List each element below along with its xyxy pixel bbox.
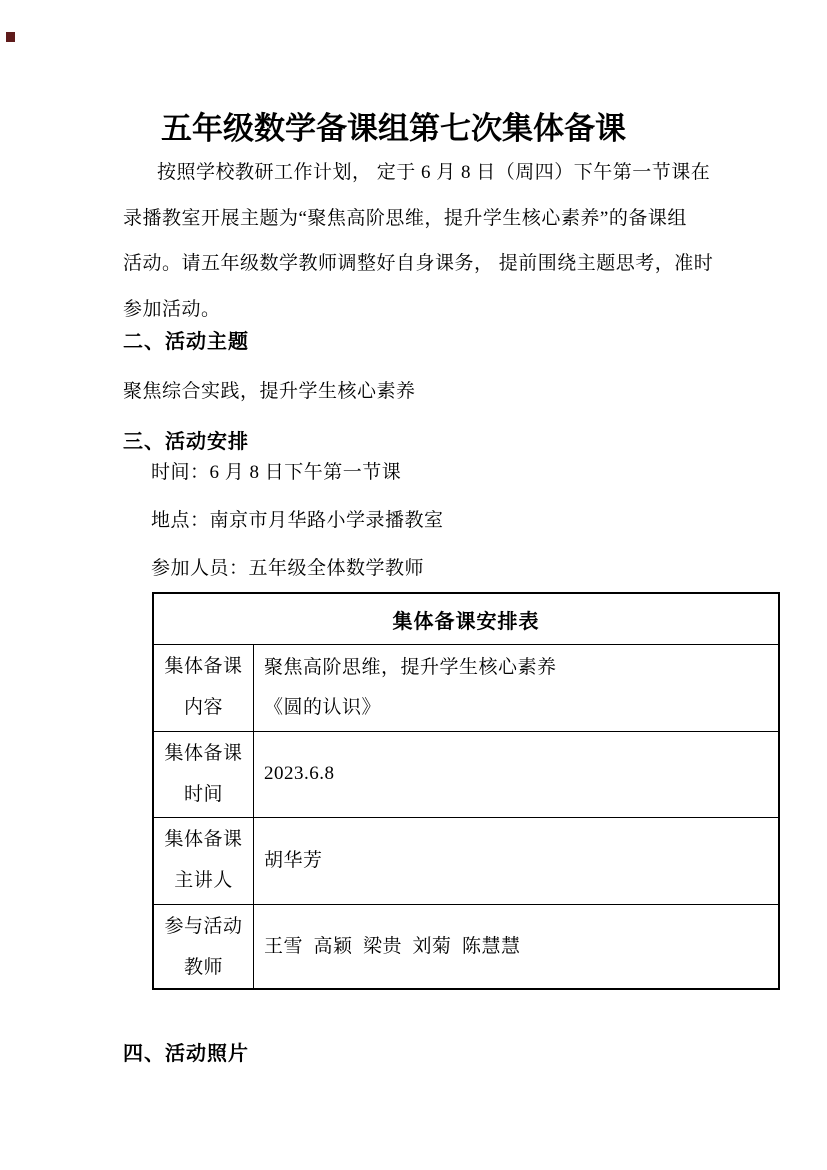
table-row-value: 2023.6.8 (254, 732, 778, 818)
schedule-item-place: 地点：南京市月华路小学录播教室 (151, 509, 444, 533)
label-line: 集体备课 (164, 828, 242, 852)
label-line: 集体备课 (164, 742, 242, 766)
red-mark (6, 32, 15, 42)
label-line: 集体备课 (164, 655, 242, 679)
table-row: 集体备课 内容 聚焦高阶思维，提升学生核心素养 《圆的认识》 (154, 644, 778, 731)
table-row-label: 集体备课 主讲人 (154, 818, 254, 904)
value-line: 聚焦高阶思维，提升学生核心素养 (264, 656, 778, 680)
table-row-value: 聚焦高阶思维，提升学生核心素养 《圆的认识》 (254, 645, 778, 731)
table-row: 参与活动 教师 王雪 高颖 梁贵 刘菊 陈慧慧 (154, 904, 778, 991)
value-line: 《圆的认识》 (264, 696, 778, 720)
table-row-value: 王雪 高颖 梁贵 刘菊 陈慧慧 (254, 905, 778, 991)
intro-line: 录播教室开展主题为“聚焦高阶思维，提升学生核心素养”的备课组 (123, 207, 687, 231)
label-line: 内容 (184, 696, 223, 720)
label-line: 参与活动 (164, 915, 242, 939)
intro-line: 活动。请五年级数学教师调整好自身课务， 提前围绕主题思考，准时 (123, 252, 713, 276)
table-row: 集体备课 时间 2023.6.8 (154, 731, 778, 818)
section-heading-theme: 二、活动主题 (123, 330, 249, 354)
label-line: 教师 (184, 956, 223, 980)
schedule-table: 集体备课安排表 集体备课 内容 聚焦高阶思维，提升学生核心素养 《圆的认识》 集… (152, 592, 780, 990)
label-line: 主讲人 (174, 869, 233, 893)
intro-line: 按照学校教研工作计划， 定于 6 月 8 日（周四）下午第一节课在 (157, 161, 710, 185)
table-row-label: 集体备课 时间 (154, 732, 254, 818)
section-theme-body: 聚焦综合实践，提升学生核心素养 (123, 380, 416, 404)
table-row-value: 胡华芳 (254, 818, 778, 904)
intro-line: 参加活动。 (123, 298, 221, 322)
value-line: 王雪 高颖 梁贵 刘菊 陈慧慧 (264, 935, 778, 959)
table-row-label: 参与活动 教师 (154, 905, 254, 991)
table-row-label: 集体备课 内容 (154, 645, 254, 731)
document-title: 五年级数学备课组第七次集体备课 (161, 103, 626, 148)
label-line: 时间 (184, 783, 223, 807)
section-heading-schedule: 三、活动安排 (123, 430, 249, 454)
value-line: 胡华芳 (264, 849, 778, 873)
section-heading-photos: 四、活动照片 (123, 1042, 249, 1066)
table-row: 集体备课 主讲人 胡华芳 (154, 817, 778, 904)
schedule-item-participants: 参加人员：五年级全体数学教师 (151, 557, 424, 581)
schedule-item-time: 时间：6 月 8 日下午第一节课 (151, 461, 401, 485)
table-caption: 集体备课安排表 (154, 594, 778, 644)
document-page: 五年级数学备课组第七次集体备课 按照学校教研工作计划， 定于 6 月 8 日（周… (0, 0, 827, 1170)
value-line: 2023.6.8 (264, 762, 778, 786)
